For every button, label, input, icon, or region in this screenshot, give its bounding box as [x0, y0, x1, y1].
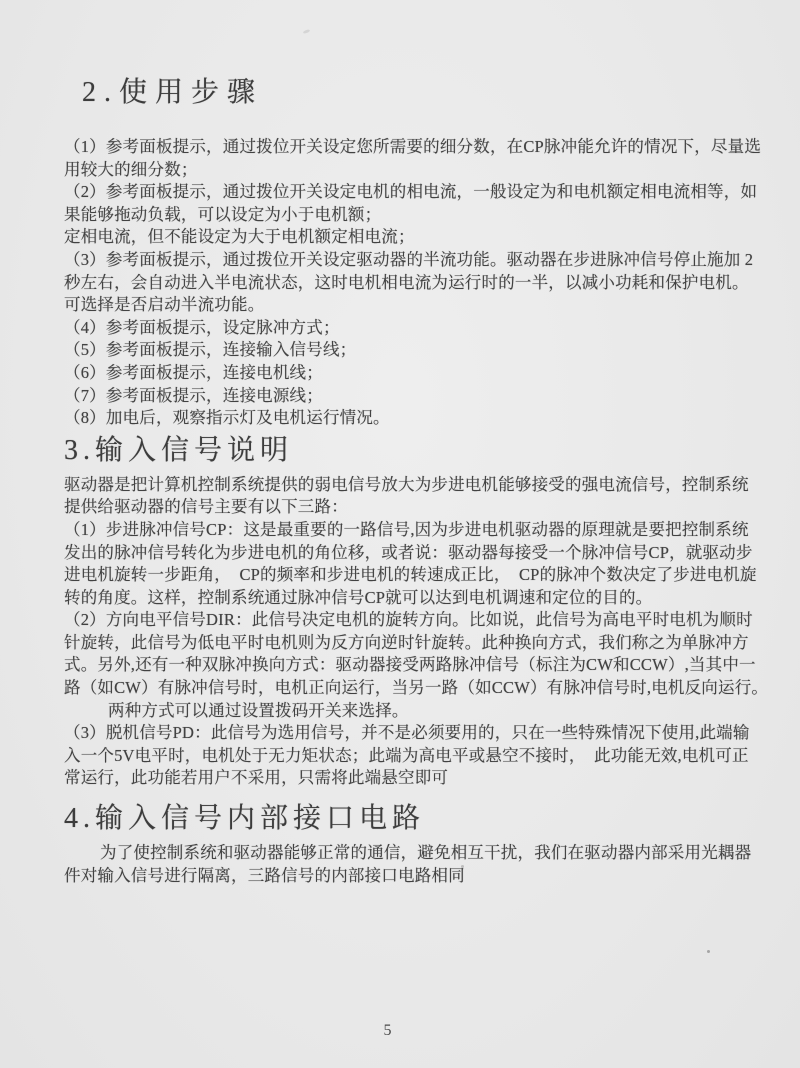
text-line: （6）参考面板提示，连接电机线； — [64, 362, 742, 385]
text-line: 可选择是否启动半流功能。 — [64, 294, 742, 317]
text-line: （5）参考面板提示，连接输入信号线； — [64, 339, 742, 362]
text-line: 路（如CW）有脉冲信号时，电机正向运行，当另一路（如CCW）有脉冲信号时,电机反… — [64, 677, 742, 700]
text-line: 进电机旋转一步距角， CP的频率和步进电机的转速成正比， CP的脉冲个数决定了步… — [64, 564, 742, 587]
text-line: （1）参考面板提示，通过拨位开关设定您所需要的细分数，在CP脉冲能允许的情况下，… — [64, 136, 742, 159]
text-line: 件对输入信号进行隔离，三路信号的内部接口电路相同 — [64, 865, 742, 888]
text-line: 提供给驱动器的信号主要有以下三路： — [64, 496, 742, 519]
text-line: （3）脱机信号PD：此信号为选用信号，并不是必须要用的，只在一些特殊情况下使用,… — [64, 722, 742, 745]
text-line: 入一个5V电平时，电机处于无力矩状态；此端为高电平或悬空不接时， 此功能无效,电… — [64, 745, 742, 768]
text-line: 秒左右，会自动进入半电流状态，这时电机相电流为运行时的一半，以减小功耗和保护电机… — [64, 272, 742, 295]
text-line: 为了使控制系统和驱动器能够正常的通信，避免相互干扰，我们在驱动器内部采用光耦器 — [64, 842, 742, 865]
text-line: （1）步进脉冲信号CP：这是最重要的一路信号,因为步进电机驱动器的原理就是要把控… — [64, 519, 742, 542]
section-heading-usage-steps: 2.使用步骤 — [82, 76, 742, 110]
text-line: （3）参考面板提示，通过拨位开关设定驱动器的半流功能。驱动器在步进脉冲信号停止施… — [64, 249, 742, 272]
section-interface-circuit: 为了使控制系统和驱动器能够正常的通信，避免相互干扰，我们在驱动器内部采用光耦器 … — [64, 842, 742, 887]
text-line: （2）方向电平信号DIR：此信号决定电机的旋转方向。比如说，此信号为高电平时电机… — [64, 609, 742, 632]
page-number: 5 — [0, 1022, 775, 1040]
text-line: 定相电流，但不能设定为大于电机额定相电流； — [64, 226, 742, 249]
text-line: 式。另外,还有一种双脉冲换向方式：驱动器接受两路脉冲信号（标注为CW和CCW）,… — [64, 654, 742, 677]
section-heading-interface-circuit: 4.输入信号内部接口电路 — [64, 802, 742, 836]
scan-speck — [707, 950, 710, 953]
text-line: 转的角度。这样，控制系统通过脉冲信号CP就可以达到电机调速和定位的目的。 — [64, 587, 742, 610]
scanned-manual-page: 2.使用步骤 （1）参考面板提示，通过拨位开关设定您所需要的细分数，在CP脉冲能… — [0, 0, 800, 1068]
text-line: 针旋转，此信号为低电平时电机则为反方向逆时针旋转。此种换向方式，我们称之为单脉冲… — [64, 632, 742, 655]
text-line: 发出的脉冲信号转化为步进电机的角位移，或者说：驱动器每接受一个脉冲信号CP，就驱… — [64, 542, 742, 565]
text-line: （8）加电后，观察指示灯及电机运行情况。 — [64, 407, 742, 430]
text-line: （2）参考面板提示，通过拨位开关设定电机的相电流，一般设定为和电机额定相电流相等… — [64, 181, 742, 204]
section-heading-input-signals: 3.输入信号说明 — [64, 434, 742, 468]
text-line: 常运行，此功能若用户不采用，只需将此端悬空即可 — [64, 767, 742, 790]
scan-speck — [303, 29, 311, 34]
text-line: （7）参考面板提示，连接电源线； — [64, 385, 742, 408]
scan-speck — [461, 865, 464, 868]
text-line: 两种方式可以通过设置拨码开关来选择。 — [64, 700, 742, 723]
text-line: 果能够拖动负载，可以设定为小于电机额； — [64, 204, 742, 227]
section-usage-steps: （1）参考面板提示，通过拨位开关设定您所需要的细分数，在CP脉冲能允许的情况下，… — [64, 136, 742, 430]
text-line: （4）参考面板提示，设定脉冲方式； — [64, 317, 742, 340]
section-input-signals: 驱动器是把计算机控制系统提供的弱电信号放大为步进电机能够接受的强电流信号，控制系… — [64, 474, 742, 790]
text-line: 驱动器是把计算机控制系统提供的弱电信号放大为步进电机能够接受的强电流信号，控制系… — [64, 474, 742, 497]
text-line: 用较大的细分数； — [64, 159, 742, 182]
